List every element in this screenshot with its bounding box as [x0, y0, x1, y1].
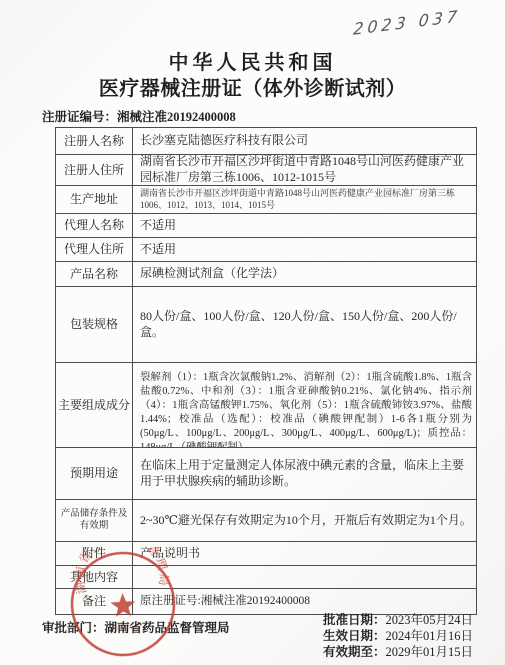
approval-date-label: 批准日期： [323, 613, 386, 627]
table-row-agent-address: 代理人住所 不适用 [56, 237, 476, 261]
row-value: 在临床上用于定量测定人体尿液中碘元素的含量，临床上主要用于甲状腺疾病的辅助诊断。 [133, 448, 476, 499]
effective-date-value: 2024年01月16日 [385, 629, 473, 643]
row-value: 不适用 [133, 214, 476, 237]
effective-date-label: 生效日期： [323, 629, 386, 643]
approval-date-value: 2023年05月24日 [385, 613, 473, 627]
document-title: 医疗器械注册证（体外诊断试剂） [0, 72, 505, 101]
table-row-other-content: 其他内容 [56, 565, 476, 588]
handwritten-filing-number: 2023 037 [352, 6, 461, 39]
table-row-storage-validity: 产品储存条件及有效期 2~30℃避光保存有效期定为10个月，开瓶后有效期定为1个… [56, 499, 476, 541]
row-value [133, 566, 476, 588]
row-label: 备注 [56, 589, 133, 614]
date-block: 批准日期：2023年05月24日 生效日期：2024年01月16日 有效期至：2… [323, 612, 473, 660]
row-label: 代理人住所 [56, 238, 133, 261]
certificate-number-line: 注册证编号：湘械注准20192400008 [42, 107, 236, 125]
row-value: 不适用 [133, 238, 476, 261]
expiry-date-line: 有效期至：2029年01月15日 [323, 644, 473, 660]
row-label: 预期用途 [56, 448, 133, 499]
row-label: 附件 [56, 542, 133, 565]
row-label: 产品名称 [56, 262, 133, 286]
approval-date-line: 批准日期：2023年05月24日 [323, 612, 473, 628]
row-value: 湖南省长沙市开福区沙坪街道中青路1048号山河医药健康产业园标准厂房第三栋100… [133, 186, 476, 213]
row-value: 原注册证号:湘械注准20192400008 [133, 589, 476, 614]
row-label: 包装规格 [56, 287, 133, 362]
certificate-number-value: 湘械注准20192400008 [117, 110, 236, 124]
row-label: 生产地址 [56, 186, 133, 213]
approval-department-label: 审批部门： [42, 621, 105, 635]
row-label: 主要组成成分 [56, 363, 133, 447]
document-title-country: 中华人民共和国 [0, 46, 505, 75]
row-label: 其他内容 [56, 566, 133, 588]
table-row-remarks: 备注 原注册证号:湘械注准20192400008 [56, 588, 476, 614]
row-value: 裂解剂（1）：1瓶含次氯酸钠1.2%、消解剂（2）：1瓶含硫酸1.8%、1瓶含盐… [133, 363, 476, 447]
effective-date-line: 生效日期：2024年01月16日 [323, 628, 473, 644]
table-row-registrant-address: 注册人住所 湖南省长沙市开福区沙坪街道中青路1048号山河医药健康产业园标准厂房… [56, 154, 476, 185]
row-value: 尿碘检测试剂盒（化学法） [133, 262, 476, 286]
table-row-production-address: 生产地址 湖南省长沙市开福区沙坪街道中青路1048号山河医药健康产业园标准厂房第… [56, 185, 476, 213]
row-value: 产品说明书 [133, 542, 476, 565]
approval-department-line: 审批部门：湖南省药品监督管理局 [42, 618, 230, 636]
table-row-attachment: 附件 产品说明书 [56, 541, 476, 565]
table-row-packaging-spec: 包装规格 80人份/盒、100人份/盒、120人份/盒、150人份/盒、200人… [56, 286, 476, 362]
row-value: 长沙塞克陆德医疗科技有限公司 [133, 128, 476, 154]
expiry-date-label: 有效期至： [323, 645, 386, 659]
row-label: 注册人名称 [56, 128, 133, 154]
table-row-main-components: 主要组成成分 裂解剂（1）：1瓶含次氯酸钠1.2%、消解剂（2）：1瓶含硫酸1.… [56, 362, 476, 447]
certificate-table: 注册人名称 长沙塞克陆德医疗科技有限公司 注册人住所 湖南省长沙市开福区沙坪街道… [55, 127, 477, 615]
row-value: 湖南省长沙市开福区沙坪街道中青路1048号山河医药健康产业园标准厂房第三栋100… [133, 155, 476, 185]
expiry-date-value: 2029年01月15日 [385, 645, 473, 659]
row-label: 产品储存条件及有效期 [56, 500, 133, 541]
table-row-agent-name: 代理人名称 不适用 [56, 213, 476, 237]
row-value: 80人份/盒、100人份/盒、120人份/盒、150人份/盒、200人份/盒。 [133, 287, 476, 362]
approval-department-value: 湖南省药品监督管理局 [105, 621, 230, 635]
certificate-number-label: 注册证编号： [42, 110, 117, 124]
table-row-registrant-name: 注册人名称 长沙塞克陆德医疗科技有限公司 [56, 128, 476, 154]
certificate-document: 2023 037 中华人民共和国 医疗器械注册证（体外诊断试剂） 注册证编号：湘… [0, 0, 505, 665]
row-label: 注册人住所 [56, 155, 133, 185]
table-row-intended-use: 预期用途 在临床上用于定量测定人体尿液中碘元素的含量，临床上主要用于甲状腺疾病的… [56, 447, 476, 499]
table-row-product-name: 产品名称 尿碘检测试剂盒（化学法） [56, 261, 476, 286]
row-label: 代理人名称 [56, 214, 133, 237]
row-value: 2~30℃避光保存有效期定为10个月，开瓶后有效期定为1个月。 [133, 500, 476, 541]
